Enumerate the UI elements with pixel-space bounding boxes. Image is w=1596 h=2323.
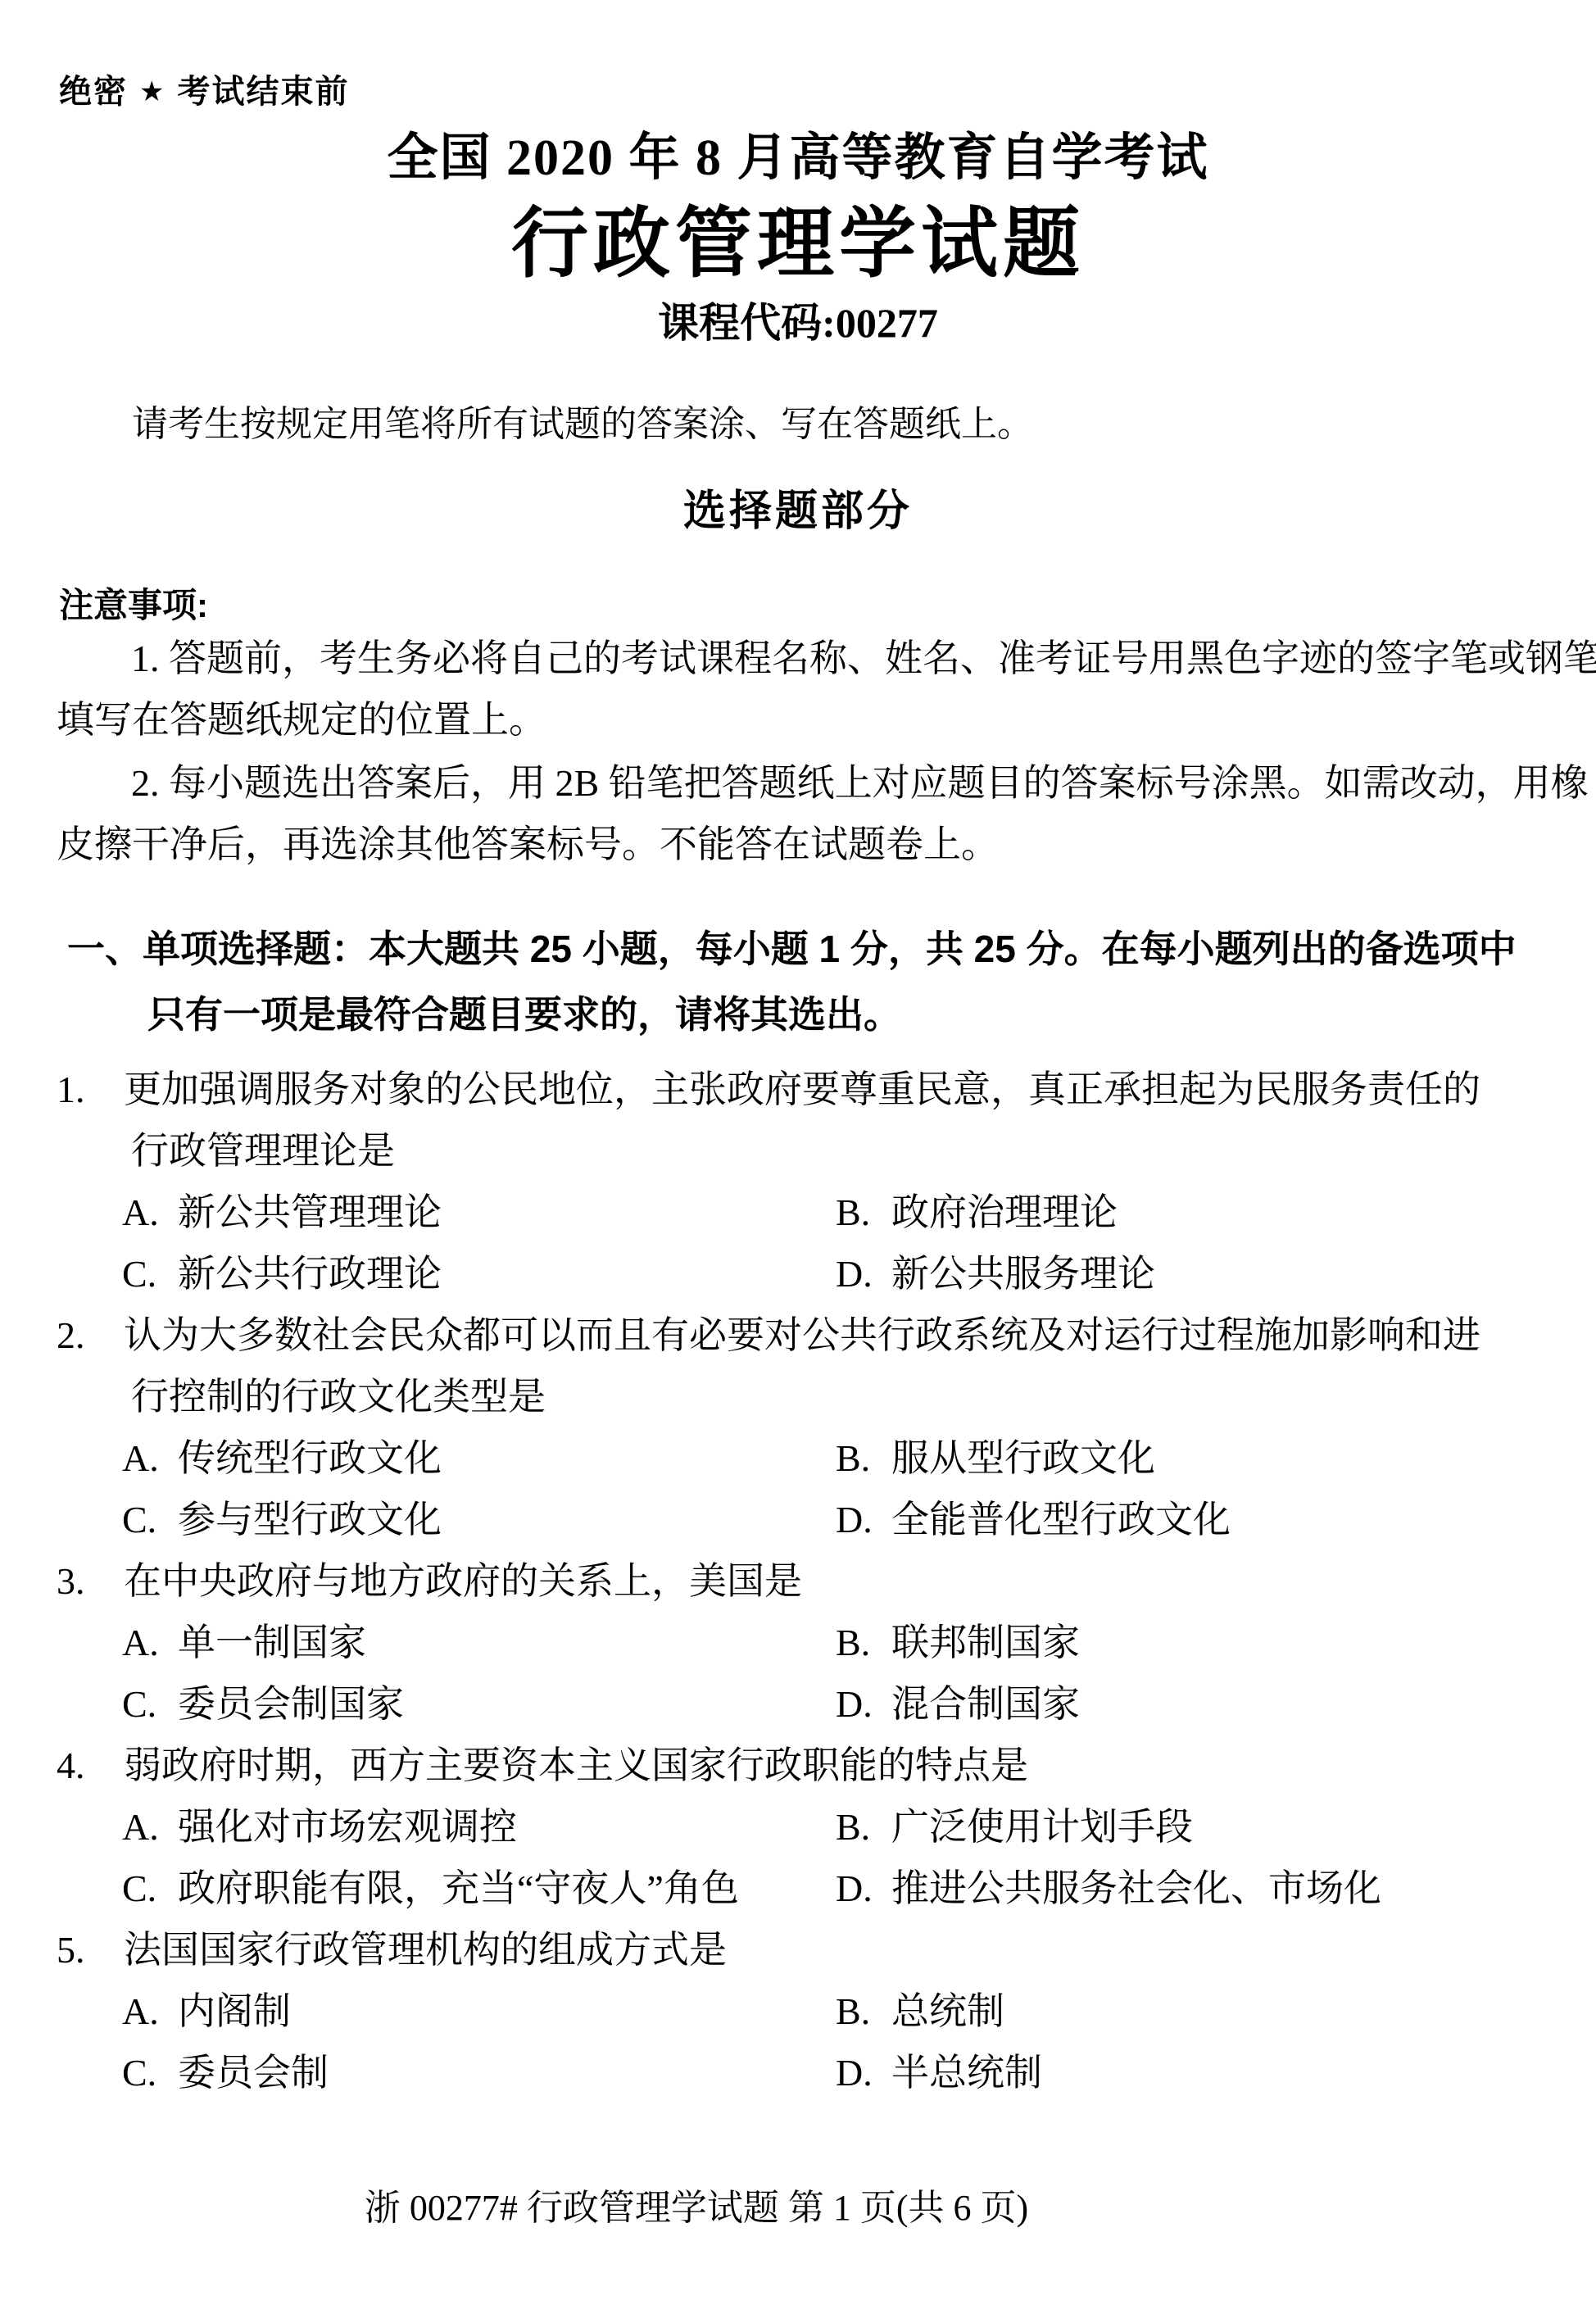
question-stem-line: 行政管理理论是 bbox=[131, 1120, 1596, 1182]
question-stem-line: 弱政府时期，西方主要资本主义国家行政职能的特点是 bbox=[124, 1735, 1028, 1796]
exam-paper-page: 绝密★考试结束前 全国 2020 年 8 月高等教育自学考试 行政管理学试题 课… bbox=[0, 0, 1596, 2323]
option-label: D. bbox=[836, 1243, 891, 1304]
question-stem-line: 更加强调服务对象的公民地位，主张政府要尊重民意，真正承担起为民服务责任的 bbox=[124, 1059, 1480, 1120]
option-text: 强化对市场宏观调控 bbox=[178, 1806, 517, 1848]
option-text: 政府职能有限，充当“守夜人”角色 bbox=[178, 1867, 739, 1909]
option-item: D.半总统制 bbox=[836, 2042, 1596, 2103]
option-item: B.服从型行政文化 bbox=[836, 1427, 1596, 1489]
option-group: A.内阁制 B.总统制 C.委员会制 D.半总统制 bbox=[122, 1980, 1596, 2103]
option-item: B.政府治理理论 bbox=[836, 1182, 1596, 1243]
option-group: A.单一制国家 B.联邦制国家 C.委员会制国家 D.混合制国家 bbox=[122, 1612, 1596, 1735]
option-label: D. bbox=[836, 1489, 891, 1550]
question-list: 1. 更加强调服务对象的公民地位，主张政府要尊重民意，真正承担起为民服务责任的 … bbox=[0, 1059, 1596, 2103]
option-label: B. bbox=[836, 1612, 891, 1673]
option-label: B. bbox=[836, 1427, 891, 1489]
option-item: C.参与型行政文化 bbox=[122, 1489, 836, 1550]
option-item: C.委员会制国家 bbox=[122, 1673, 836, 1735]
option-text: 政府治理理论 bbox=[891, 1191, 1118, 1233]
option-label: B. bbox=[836, 1182, 891, 1243]
option-group: A.新公共管理理论 B.政府治理理论 C.新公共行政理论 D.新公共服务理论 bbox=[122, 1182, 1596, 1304]
question-number: 5. bbox=[57, 1919, 124, 1980]
option-label: A. bbox=[122, 1427, 178, 1489]
option-text: 混合制国家 bbox=[891, 1683, 1080, 1725]
question-number: 3. bbox=[57, 1550, 124, 1612]
course-code: 课程代码:00277 bbox=[0, 300, 1596, 346]
option-label: A. bbox=[122, 1980, 178, 2042]
option-label: C. bbox=[122, 1489, 178, 1550]
option-label: D. bbox=[836, 1673, 891, 1735]
option-text: 委员会制 bbox=[178, 2052, 329, 2094]
option-group: A.强化对市场宏观调控 B.广泛使用计划手段 C.政府职能有限，充当“守夜人”角… bbox=[122, 1796, 1596, 1919]
option-text: 新公共管理理论 bbox=[178, 1191, 442, 1233]
option-item: D.推进公共服务社会化、市场化 bbox=[836, 1858, 1596, 1919]
option-item: A.内阁制 bbox=[122, 1980, 836, 2042]
option-item: D.新公共服务理论 bbox=[836, 1243, 1596, 1304]
question-number: 1. bbox=[57, 1059, 124, 1120]
option-label: C. bbox=[122, 1673, 178, 1735]
option-label: C. bbox=[122, 2042, 178, 2103]
option-item: A.传统型行政文化 bbox=[122, 1427, 836, 1489]
part1-heading-line: 一、单项选择题：本大题共 25 小题，每小题 1 分，共 25 分。在每小题列出… bbox=[67, 916, 1596, 982]
note-item-2: 2. 每小题选出答案后，用 2B 铅笔把答题纸上对应题目的答案标号涂黑。如需改动… bbox=[0, 752, 1596, 875]
note-line: 1. 答题前，考生务必将自己的考试课程名称、姓名、准考证号用黑色字迹的签字笔或钢… bbox=[131, 628, 1596, 689]
option-text: 参与型行政文化 bbox=[178, 1499, 442, 1540]
option-text: 联邦制国家 bbox=[891, 1622, 1080, 1663]
option-item: D.全能普化型行政文化 bbox=[836, 1489, 1596, 1550]
option-text: 单一制国家 bbox=[178, 1622, 366, 1663]
option-label: D. bbox=[836, 2042, 891, 2103]
classification-banner: 绝密★考试结束前 bbox=[59, 72, 1596, 111]
paper-title: 行政管理学试题 bbox=[0, 202, 1596, 287]
option-item: B.广泛使用计划手段 bbox=[836, 1796, 1596, 1858]
option-text: 传统型行政文化 bbox=[178, 1437, 442, 1479]
question-number: 2. bbox=[57, 1304, 124, 1366]
option-text: 推进公共服务社会化、市场化 bbox=[891, 1867, 1381, 1909]
part1-heading-line: 只有一项是最符合题目要求的，请将其选出。 bbox=[147, 982, 1596, 1047]
option-label: C. bbox=[122, 1243, 178, 1304]
exam-session-title: 全国 2020 年 8 月高等教育自学考试 bbox=[0, 125, 1596, 192]
option-item: C.新公共行政理论 bbox=[122, 1243, 836, 1304]
option-text: 新公共服务理论 bbox=[891, 1253, 1155, 1295]
question-4: 4. 弱政府时期，西方主要资本主义国家行政职能的特点是 A.强化对市场宏观调控 … bbox=[0, 1735, 1596, 1919]
option-item: A.新公共管理理论 bbox=[122, 1182, 836, 1243]
option-item: C.委员会制 bbox=[122, 2042, 836, 2103]
option-label: A. bbox=[122, 1612, 178, 1673]
question-stem-line: 在中央政府与地方政府的关系上，美国是 bbox=[124, 1550, 802, 1612]
option-text: 总统制 bbox=[891, 1990, 1004, 2032]
exam-timing-label: 考试结束前 bbox=[177, 74, 349, 110]
option-item: B.联邦制国家 bbox=[836, 1612, 1596, 1673]
option-item: A.强化对市场宏观调控 bbox=[122, 1796, 836, 1858]
option-label: A. bbox=[122, 1796, 178, 1858]
question-1: 1. 更加强调服务对象的公民地位，主张政府要尊重民意，真正承担起为民服务责任的 … bbox=[0, 1059, 1596, 1304]
option-text: 服从型行政文化 bbox=[891, 1437, 1155, 1479]
option-text: 新公共行政理论 bbox=[178, 1253, 442, 1295]
option-label: D. bbox=[836, 1858, 891, 1919]
option-label: A. bbox=[122, 1182, 178, 1243]
option-item: A.单一制国家 bbox=[122, 1612, 836, 1673]
option-text: 全能普化型行政文化 bbox=[891, 1499, 1231, 1540]
option-label: C. bbox=[122, 1858, 178, 1919]
section-title: 选择题部分 bbox=[0, 487, 1596, 536]
question-3: 3. 在中央政府与地方政府的关系上，美国是 A.单一制国家 B.联邦制国家 C.… bbox=[0, 1550, 1596, 1735]
question-2: 2. 认为大多数社会民众都可以而且有必要对公共行政系统及对运行过程施加影响和进 … bbox=[0, 1304, 1596, 1550]
note-line: 皮擦干净后，再选涂其他答案标号。不能答在试题卷上。 bbox=[57, 814, 1596, 875]
option-group: A.传统型行政文化 B.服从型行政文化 C.参与型行政文化 D.全能普化型行政文… bbox=[122, 1427, 1596, 1550]
note-item-1: 1. 答题前，考生务必将自己的考试课程名称、姓名、准考证号用黑色字迹的签字笔或钢… bbox=[0, 628, 1596, 751]
question-stem-line: 法国国家行政管理机构的组成方式是 bbox=[124, 1919, 727, 1980]
note-line: 填写在答题纸规定的位置上。 bbox=[57, 689, 1596, 751]
page-footer: 浙 00277# 行政管理学试题 第 1 页(共 6 页) bbox=[0, 2186, 1393, 2230]
star-icon: ★ bbox=[139, 72, 165, 111]
option-text: 内阁制 bbox=[178, 1990, 291, 2032]
candidate-instruction: 请考生按规定用笔将所有试题的答案涂、写在答题纸上。 bbox=[57, 403, 1498, 446]
question-number: 4. bbox=[57, 1735, 124, 1796]
note-line: 2. 每小题选出答案后，用 2B 铅笔把答题纸上对应题目的答案标号涂黑。如需改动… bbox=[131, 752, 1596, 814]
option-item: B.总统制 bbox=[836, 1980, 1596, 2042]
option-text: 半总统制 bbox=[891, 2052, 1042, 2094]
part1-heading: 一、单项选择题：本大题共 25 小题，每小题 1 分，共 25 分。在每小题列出… bbox=[0, 916, 1596, 1047]
option-item: D.混合制国家 bbox=[836, 1673, 1596, 1735]
question-5: 5. 法国国家行政管理机构的组成方式是 A.内阁制 B.总统制 C.委员会制 D… bbox=[0, 1919, 1596, 2103]
option-text: 广泛使用计划手段 bbox=[891, 1806, 1193, 1848]
secrecy-label: 绝密 bbox=[59, 74, 128, 110]
question-stem-line: 行控制的行政文化类型是 bbox=[131, 1366, 1596, 1427]
option-label: B. bbox=[836, 1980, 891, 2042]
option-label: B. bbox=[836, 1796, 891, 1858]
option-item: C.政府职能有限，充当“守夜人”角色 bbox=[122, 1858, 836, 1919]
notes-title: 注意事项: bbox=[59, 585, 1596, 626]
option-text: 委员会制国家 bbox=[178, 1683, 404, 1725]
question-stem-line: 认为大多数社会民众都可以而且有必要对公共行政系统及对运行过程施加影响和进 bbox=[124, 1304, 1480, 1366]
